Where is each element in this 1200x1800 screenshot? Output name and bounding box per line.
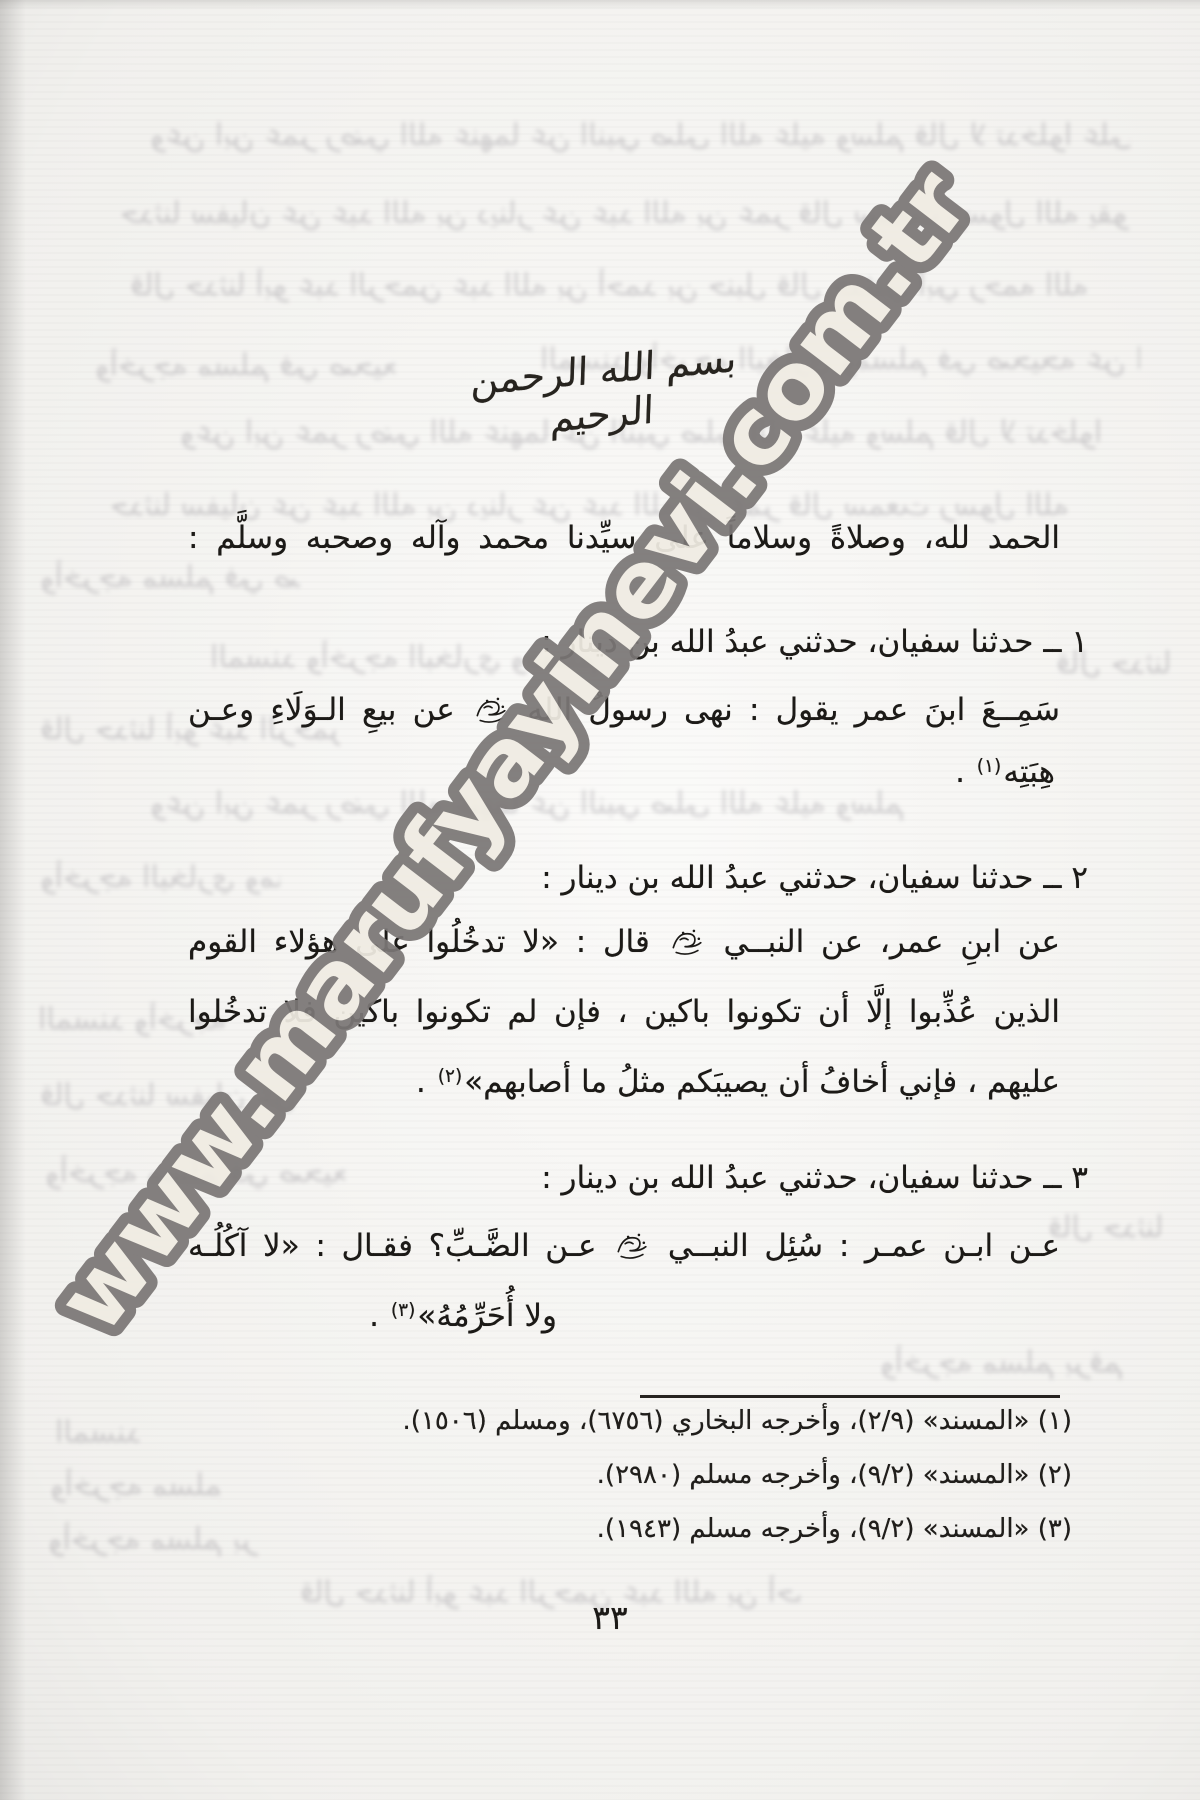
hadith3-isnad-line: ٣ ــ حدثنا سفيان، حدثني عبدُ الله بن دين… (541, 1158, 1088, 1200)
footnote-2: (٢) «المسند» (٩/٢)، وأخرجه مسلم (٢٩٨٠). (597, 1460, 1072, 1490)
printed-content: بسم الله الرحمن الرحيم الحمد لله، وصلاةً… (0, 0, 1200, 1800)
footnote-ref: (٢) (436, 1066, 465, 1087)
text-run: هِبَتِه (1003, 754, 1055, 790)
text-run: . (416, 1064, 436, 1100)
pbuh-calligraphy-icon (670, 927, 704, 956)
footnote-1: (١) «المسند» (٢/٩)، وأخرجه البخاري (٦٧٥٦… (402, 1406, 1072, 1436)
text-run: الذين عُذِّبوا إلَّا أن تكونوا باكين ، ف… (188, 994, 1060, 1030)
footnote-3: (٣) «المسند» (٩/٢)، وأخرجه مسلم (١٩٤٣). (597, 1514, 1072, 1544)
text-run: عـن الضَّـبِّ؟ فقـال : «لا آكُلُـه (188, 1228, 612, 1264)
hadith2-matn-line3: عليهم ، فإني أخافُ أن يصيبَكم مثلُ ما أص… (416, 1062, 1060, 1104)
text-run: سَمِــعَ ابنَ عمر يقول : نهى رسولُ الله (511, 692, 1060, 728)
intro-line: الحمد لله، وصلاةً وسلاماً على سيِّدنا مح… (188, 518, 1060, 560)
hadith2-isnad-line: ٢ ــ حدثنا سفيان، حدثني عبدُ الله بن دين… (541, 858, 1088, 900)
pbuh-calligraphy-icon (474, 695, 508, 724)
text-run: ٣ ــ حدثنا سفيان، حدثني عبدُ الله بن دين… (541, 1160, 1088, 1196)
page-number: ٣٣ (10, 1598, 1200, 1637)
hadith3-matn-line2: ولا أُحَرِّمُهُ»(٣) . (369, 1296, 557, 1338)
hadith2-matn-line2: الذين عُذِّبوا إلَّا أن تكونوا باكين ، ف… (188, 992, 1060, 1034)
hadith1-matn-line1: سَمِــعَ ابنَ عمر يقول : نهى رسولُ الله … (188, 690, 1060, 732)
text-run: ولا أُحَرِّمُهُ» (417, 1298, 557, 1334)
scanned-book-page: { "page": { "number": "٣٣", "background"… (0, 0, 1200, 1800)
footnote-ref: (٣) (389, 1300, 418, 1321)
text-run: عن ابنِ عمر، عن النبــي (707, 924, 1060, 960)
footnote-separator (640, 1395, 1060, 1398)
basmala-calligraphy: بسم الله الرحمن الرحيم (447, 334, 759, 450)
hadith3-matn-line1: عـن ابـن عمـر : سُئِل النبــي عـن الضَّـ… (188, 1226, 1060, 1268)
hadith1-isnad-line: ١ ــ حدثنا سفيان، حدثني عبدُ الله بن دين… (541, 622, 1088, 664)
hadith2-matn-line1: عن ابنِ عمر، عن النبــي قال : «لا تدخُلُ… (188, 922, 1060, 964)
footnote-ref: (١) (975, 756, 1004, 777)
text-run: عليهم ، فإني أخافُ أن يصيبَكم مثلُ ما أص… (464, 1064, 1060, 1100)
text-run: عـن ابـن عمـر : سُئِل النبــي (652, 1228, 1060, 1264)
text-run: ١ ــ حدثنا سفيان، حدثني عبدُ الله بن دين… (541, 624, 1088, 660)
hadith1-matn-line2: هِبَتِه(١) . (955, 752, 1055, 794)
text-run: ٢ ــ حدثنا سفيان، حدثني عبدُ الله بن دين… (541, 860, 1088, 896)
text-run: عن بيعِ الـوَلَاءِ وعـن (188, 692, 471, 728)
text-run: الحمد لله، وصلاةً وسلاماً على سيِّدنا مح… (188, 520, 1060, 556)
text-run: قال : «لا تدخُلُوا على هؤلاء القوم (188, 924, 667, 960)
text-run: . (369, 1298, 389, 1334)
text-run: . (955, 754, 975, 790)
pbuh-calligraphy-icon (615, 1231, 649, 1260)
